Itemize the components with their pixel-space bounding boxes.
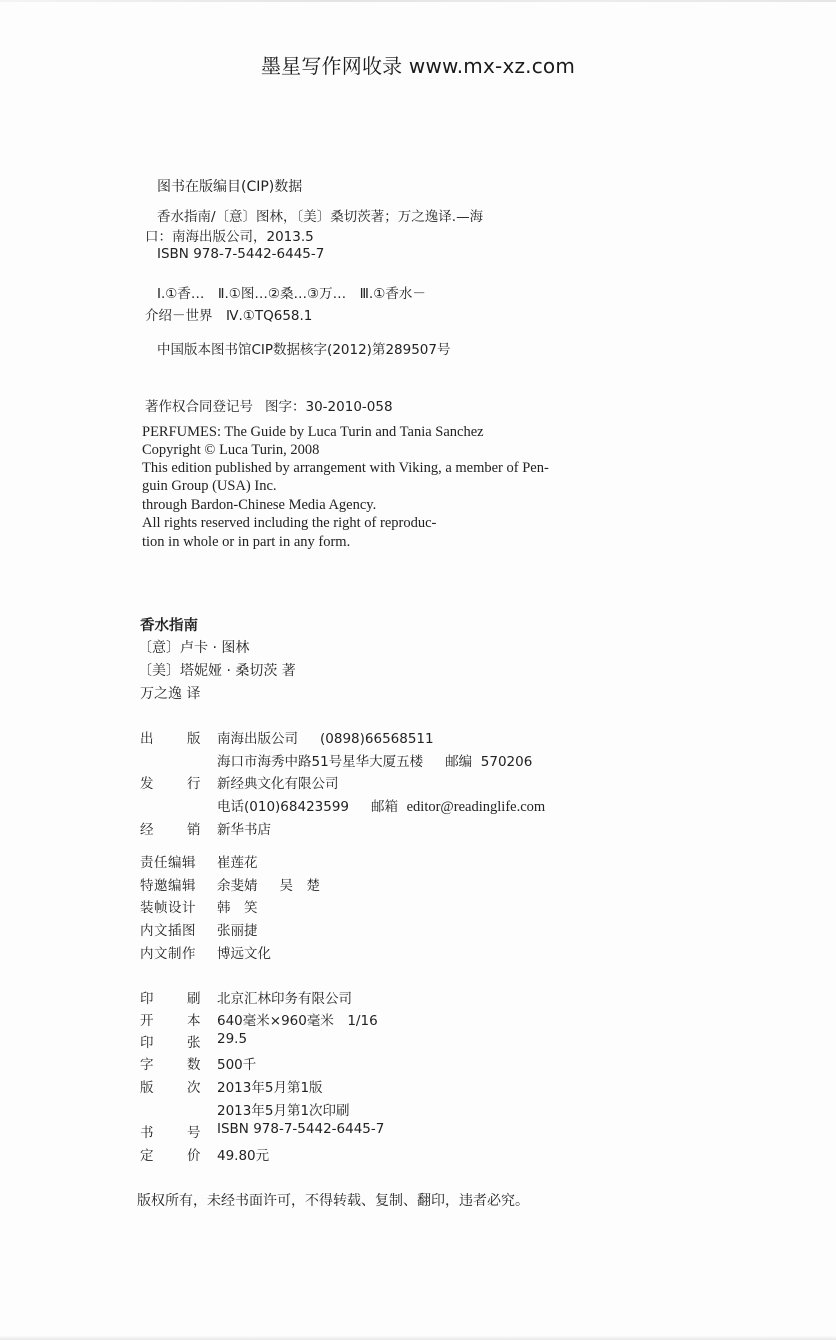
printing-label-b: 数 (187, 1053, 201, 1073)
seller-label-b: 销 (187, 818, 201, 838)
staff-name: 崔莲花 (217, 851, 258, 871)
page-top-edge (0, 0, 836, 2)
cip-number: 中国版本图书馆CIP数据核字(2012)第289507号 (157, 338, 450, 358)
english-rights-line: guin Group (USA) Inc. (142, 478, 277, 495)
publisher-label-b: 版 (187, 727, 201, 747)
printing-value: 49.80元 (217, 1144, 269, 1164)
book-author-2: 〔美〕塔妮娅 · 桑切茨 著 (138, 660, 296, 680)
publisher-address-value: 海口市海秀中路51号星华大厦五楼邮编 570206 (217, 750, 532, 770)
email-label: 邮箱 (371, 799, 398, 815)
seller-label-a: 经 (140, 818, 154, 838)
printing-value: 640毫米×960毫米 1/16 (217, 1009, 378, 1029)
staff-name: 博远文化 (217, 942, 271, 962)
printing-value: ISBN 978-7-5442-6445-7 (217, 1121, 384, 1137)
english-rights-line: Copyright © Luca Turin, 2008 (142, 442, 319, 459)
cip-entry-line2: 口：南海出版公司，2013.5 (145, 225, 314, 245)
book-translator: 万之逸 译 (140, 683, 200, 703)
printing-value: 2013年5月第1次印刷 (217, 1099, 350, 1119)
rights-reserved-notice: 版权所有，未经书面许可，不得转载、复制、翻印，违者必究。 (137, 1190, 529, 1210)
printing-value: 500千 (217, 1053, 256, 1073)
distributor-email: editor@readinglife.com (407, 799, 546, 815)
publisher-phone: (0898)66568511 (320, 731, 434, 747)
printing-label-a: 印 (140, 1031, 154, 1051)
publisher-name: 南海出版公司 (217, 731, 298, 747)
printing-label-b: 价 (187, 1144, 201, 1164)
printing-label-a: 开 (140, 1009, 154, 1029)
staff-role: 装帧设计 (140, 896, 196, 916)
publisher-value: 南海出版公司(0898)66568511 (217, 727, 434, 747)
cip-subjects-line1: Ⅰ.①香… Ⅱ.①图…②桑…③万… Ⅲ.①香水－ (157, 282, 426, 302)
staff-role: 特邀编辑 (140, 874, 196, 894)
staff-role: 内文插图 (140, 919, 196, 939)
publisher-label-a: 出 (140, 727, 154, 747)
page-bottom-edge (0, 1336, 836, 1340)
printing-value: 北京汇林印务有限公司 (217, 987, 352, 1007)
staff-name: 余斐婧 (217, 878, 258, 894)
cip-heading: 图书在版编目(CIP)数据 (157, 176, 302, 196)
staff-name: 韩 笑 (217, 896, 258, 916)
seller-name: 新华书店 (217, 818, 271, 838)
printing-label-b: 次 (187, 1076, 201, 1096)
copyright-contract-label: 著作权合同登记号 (145, 399, 253, 415)
postcode-label: 邮编 (445, 754, 472, 770)
printing-label-a: 书 (140, 1121, 154, 1141)
copyright-contract: 著作权合同登记号图字：30-2010-058 (145, 395, 393, 415)
english-rights-line: PERFUMES: The Guide by Luca Turin and Ta… (142, 424, 484, 441)
english-rights-line: tion in whole or in part in any form. (142, 534, 350, 551)
staff-name: 张丽捷 (217, 919, 258, 939)
distributor-phone: 电话(010)68423599 (217, 799, 349, 815)
watermark-text: 墨星写作网收录 www.mx-xz.com (0, 50, 836, 79)
staff-role: 内文制作 (140, 942, 196, 962)
staff-role: 责任编辑 (140, 851, 196, 871)
distributor-name: 新经典文化有限公司 (217, 772, 339, 792)
publisher-address: 海口市海秀中路51号星华大厦五楼 (217, 754, 423, 770)
staff-name: 吴 楚 (280, 878, 321, 894)
cip-subjects-line2: 介绍－世界 Ⅳ.①TQ658.1 (145, 304, 312, 324)
distributor-label-b: 行 (187, 772, 201, 792)
english-rights-line: This edition published by arrangement wi… (142, 460, 549, 477)
english-rights-line: All rights reserved including the right … (142, 515, 436, 532)
distributor-label-a: 发 (140, 772, 154, 792)
printing-value: 2013年5月第1版 (217, 1076, 323, 1096)
printing-label-a: 定 (140, 1144, 154, 1164)
printing-label-a: 版 (140, 1076, 154, 1096)
postcode: 570206 (481, 754, 533, 770)
printing-label-a: 字 (140, 1053, 154, 1073)
distributor-contact-value: 电话(010)68423599邮箱 editor@readinglife.com (217, 795, 545, 816)
cip-entry-line1: 香水指南/〔意〕图林，〔美〕桑切茨著；万之逸译.—海 (157, 205, 483, 225)
printing-label-b: 号 (187, 1121, 201, 1141)
cip-isbn: ISBN 978-7-5442-6445-7 (157, 246, 324, 262)
english-rights-line: through Bardon-Chinese Media Agency. (142, 497, 376, 514)
printing-label-b: 张 (187, 1031, 201, 1051)
copyright-contract-value: 图字：30-2010-058 (265, 399, 393, 415)
staff-names: 余斐婧吴 楚 (217, 874, 320, 894)
printing-label-b: 刷 (187, 987, 201, 1007)
book-title: 香水指南 (140, 614, 198, 635)
printing-label-a: 印 (140, 987, 154, 1007)
printing-value: 29.5 (217, 1031, 247, 1047)
printing-label-b: 本 (187, 1009, 201, 1029)
book-author-1: 〔意〕卢卡 · 图林 (138, 637, 249, 657)
